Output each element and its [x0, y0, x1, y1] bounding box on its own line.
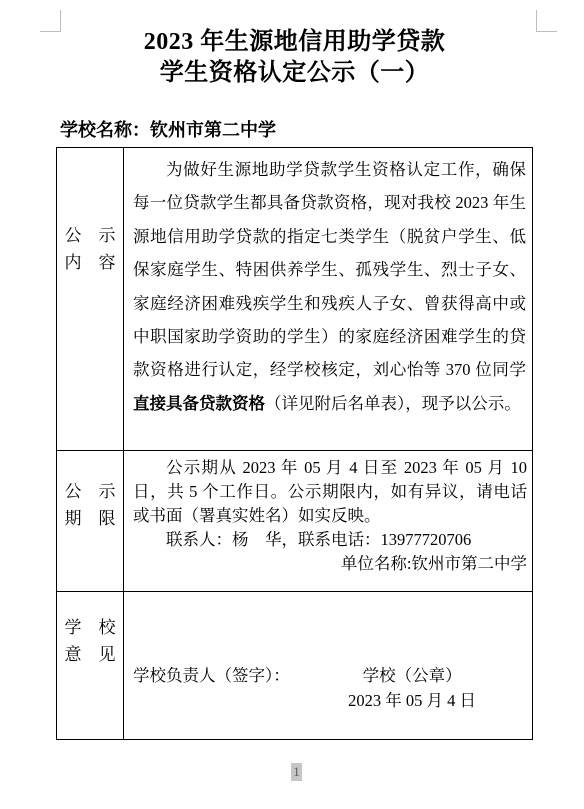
opinion-date-line: 2023 年 05 月 4 日 [348, 688, 476, 713]
unit-name-line: 单位名称:钦州市第二中学 [133, 552, 527, 576]
row-label-line: 期 限 [65, 505, 116, 532]
school-opinion-cell: 学校负责人（签字）： 学校（公章） 2023 年 05 月 4 日 [124, 592, 532, 739]
table-row-public-content: 公 示 内 容 为做好生源地助学贷款学生资格认定工作，确保每一位贷款学生都具备贷… [57, 148, 532, 450]
seal-label: 学校（公章） [348, 663, 476, 688]
content-segment: 为做好生源地助学贷款学生资格认定工作，确保每一位贷款学生都具备贷款资格，现对我校… [133, 160, 526, 379]
title-line-1: 2023 年生源地信用助学贷款 [56, 27, 533, 58]
table-row-public-period: 公 示 期 限 公示期从 2023 年 05 月 4 日至 2023 年 05 … [57, 450, 532, 591]
public-period-cell: 公示期从 2023 年 05 月 4 日至 2023 年 05 月 10 日，共… [124, 451, 532, 591]
school-name-line: 学校名称：钦州市第二中学 [60, 116, 276, 142]
signature-row: 学校负责人（签字）： 学校（公章） 2023 年 05 月 4 日 [133, 663, 532, 713]
content-segment-bold: 直接具备贷款资格 [133, 394, 265, 413]
period-paragraph: 公示期从 2023 年 05 月 4 日至 2023 年 05 月 10 日，共… [133, 456, 527, 528]
content-segment: （详见附后名单表），现予以公示。 [265, 394, 521, 413]
public-content-cell: 为做好生源地助学贷款学生资格认定工作，确保每一位贷款学生都具备贷款资格，现对我校… [124, 148, 532, 450]
public-content-paragraph: 为做好生源地助学贷款学生资格认定工作，确保每一位贷款学生都具备贷款资格，现对我校… [133, 153, 526, 420]
row-label-line: 内 容 [65, 249, 116, 276]
row-label-line: 公 示 [65, 222, 116, 249]
document-title: 2023 年生源地信用助学贷款 学生资格认定公示（一） [56, 27, 533, 89]
document-page: 2023 年生源地信用助学贷款 学生资格认定公示（一） 学校名称：钦州市第二中学… [0, 0, 584, 809]
margin-crop-mark-top-right [536, 10, 557, 32]
page-number-field: 1 [291, 763, 302, 781]
seal-and-date-block: 学校（公章） 2023 年 05 月 4 日 [348, 663, 476, 713]
contact-line: 联系人：杨 华，联系电话：13977720706 [133, 528, 527, 552]
row-label-line: 公 示 [65, 478, 116, 505]
title-line-2: 学生资格认定公示（一） [56, 58, 533, 89]
row-label-line: 意 见 [65, 641, 116, 668]
sign-label: 学校负责人（签字）： [133, 663, 290, 688]
row-label-line: 学 校 [65, 614, 116, 641]
table-row-school-opinion: 学 校 意 见 学校负责人（签字）： 学校（公章） 2023 年 05 月 4 … [57, 591, 532, 739]
row-label-public-period: 公 示 期 限 [57, 451, 124, 591]
row-label-school-opinion: 学 校 意 见 [57, 592, 124, 739]
row-label-public-content: 公 示 内 容 [57, 148, 124, 450]
notice-table: 公 示 内 容 为做好生源地助学贷款学生资格认定工作，确保每一位贷款学生都具备贷… [56, 147, 533, 740]
